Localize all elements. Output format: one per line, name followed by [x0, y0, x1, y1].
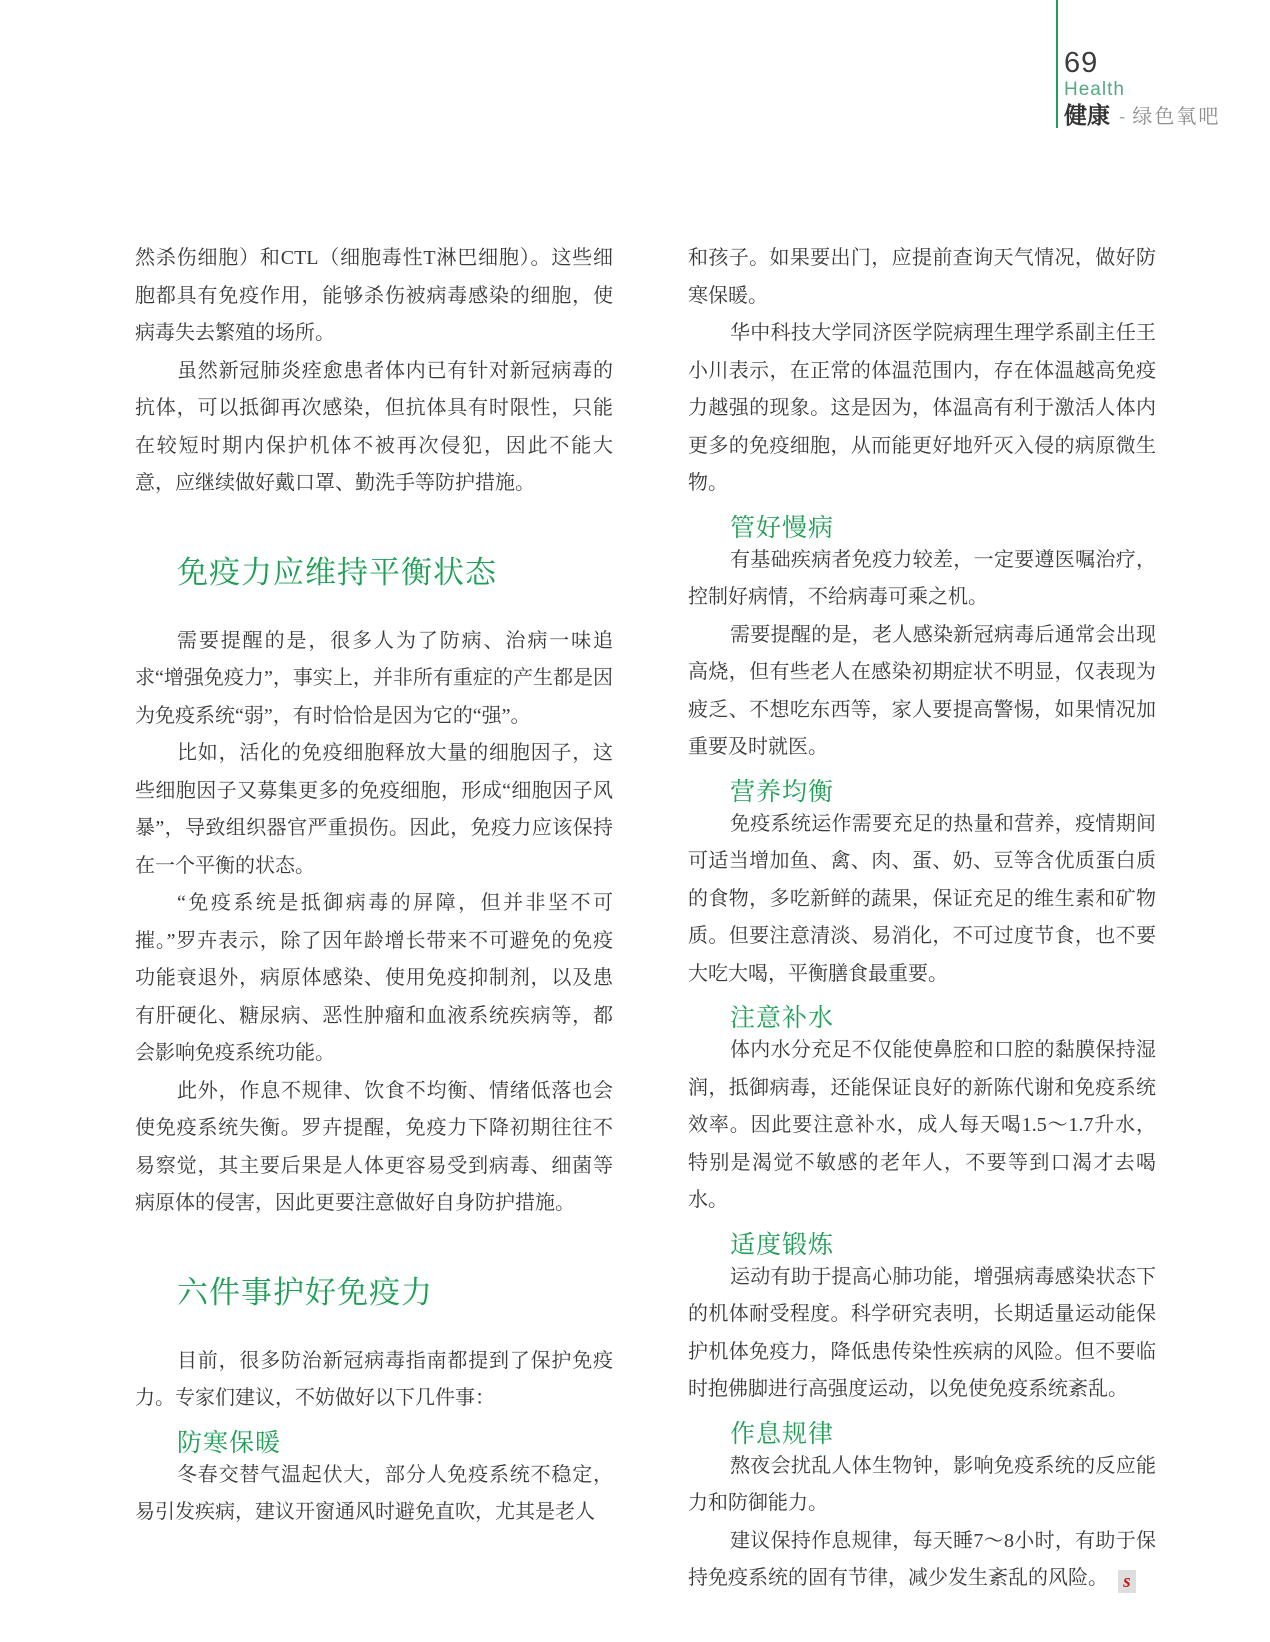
paragraph: 运动有助于提高心肺功能，增强病毒感染状态下的机体耐受程度。科学研究表明，长期适量…: [688, 1259, 1156, 1409]
paragraph: 熬夜会扰乱人体生物钟，影响免疫系统的反应能力和防御能力。: [688, 1448, 1156, 1523]
left-column: 然杀伤细胞）和CTL（细胞毒性T淋巴细胞）。这些细胞都具有免疫作用，能够杀伤被病…: [135, 240, 613, 1532]
paragraph: 和孩子。如果要出门，应提前查询天气情况，做好防寒保暖。: [688, 240, 1156, 315]
section-name-en: Health: [1064, 79, 1220, 101]
paragraph: 建议保持作息规律，每天睡7～8小时，有助于保持免疫系统的固有节律，减少发生紊乱的…: [688, 1523, 1156, 1598]
paragraph: 有基础疾病者免疫力较差，一定要遵医嘱治疗，控制好病情，不给病毒可乘之机。: [688, 542, 1156, 617]
subsection-heading: 作息规律: [688, 1420, 1156, 1448]
paragraph: 然杀伤细胞）和CTL（细胞毒性T淋巴细胞）。这些细胞都具有免疫作用，能够杀伤被病…: [135, 240, 613, 353]
subsection-heading: 适度锻炼: [688, 1231, 1156, 1259]
page-header: 69 Health 健康-绿色氧吧: [1064, 48, 1220, 131]
paragraph: 目前，很多防治新冠病毒指南都提到了保护免疫力。专家们建议，不妨做好以下几件事：: [135, 1343, 613, 1418]
subsection-heading: 营养均衡: [688, 778, 1156, 806]
paragraph: “免疫系统是抵御病毒的屏障，但并非坚不可摧。”罗卉表示，除了因年龄增长带来不可避…: [135, 885, 613, 1073]
subsection-heading: 防寒保暖: [135, 1429, 613, 1457]
magazine-page: 69 Health 健康-绿色氧吧 然杀伤细胞）和CTL（细胞毒性T淋巴细胞）。…: [0, 0, 1270, 1642]
subsection-heading: 注意补水: [688, 1004, 1156, 1032]
section-heading: 六件事护好免疫力: [135, 1271, 613, 1315]
paragraph: 虽然新冠肺炎痊愈患者体内已有针对新冠病毒的抗体，可以抵御再次感染，但抗体具有时限…: [135, 353, 613, 503]
paragraph: 需要提醒的是，很多人为了防病、治病一味追求“增强免疫力”，事实上，并非所有重症的…: [135, 623, 613, 736]
section-subtitle: 绿色氧吧: [1132, 106, 1220, 128]
section-dash: -: [1119, 107, 1125, 128]
paragraph: 华中科技大学同济医学院病理生理学系副主任王小川表示，在正常的体温范围内，存在体温…: [688, 315, 1156, 503]
subsection-heading: 管好慢病: [688, 514, 1156, 542]
right-column: 和孩子。如果要出门，应提前查询天气情况，做好防寒保暖。华中科技大学同济医学院病理…: [688, 240, 1156, 1598]
paragraph: 此外，作息不规律、饮食不均衡、情绪低落也会使免疫系统失衡。罗卉提醒，免疫力下降初…: [135, 1073, 613, 1223]
section-heading: 免疫力应维持平衡状态: [135, 551, 613, 595]
paragraph: 免疫系统运作需要充足的热量和营养，疫情期间可适当增加鱼、禽、肉、蛋、奶、豆等含优…: [688, 806, 1156, 994]
page-number: 69: [1064, 48, 1220, 78]
article-end-icon: s: [1118, 1570, 1136, 1593]
header-divider-line: [1056, 0, 1058, 128]
paragraph: 冬春交替气温起伏大，部分人免疫系统不稳定，易引发疾病，建议开窗通风时避免直吹，尤…: [135, 1457, 613, 1532]
section-name-cn: 健康: [1064, 102, 1110, 128]
paragraph: 比如，活化的免疫细胞释放大量的细胞因子，这些细胞因子又募集更多的免疫细胞，形成“…: [135, 735, 613, 885]
paragraph: 需要提醒的是，老人感染新冠病毒后通常会出现高烧，但有些老人在感染初期症状不明显，…: [688, 617, 1156, 767]
section-name-row: 健康-绿色氧吧: [1064, 103, 1220, 131]
paragraph: 体内水分充足不仅能使鼻腔和口腔的黏膜保持湿润，抵御病毒，还能保证良好的新陈代谢和…: [688, 1032, 1156, 1220]
